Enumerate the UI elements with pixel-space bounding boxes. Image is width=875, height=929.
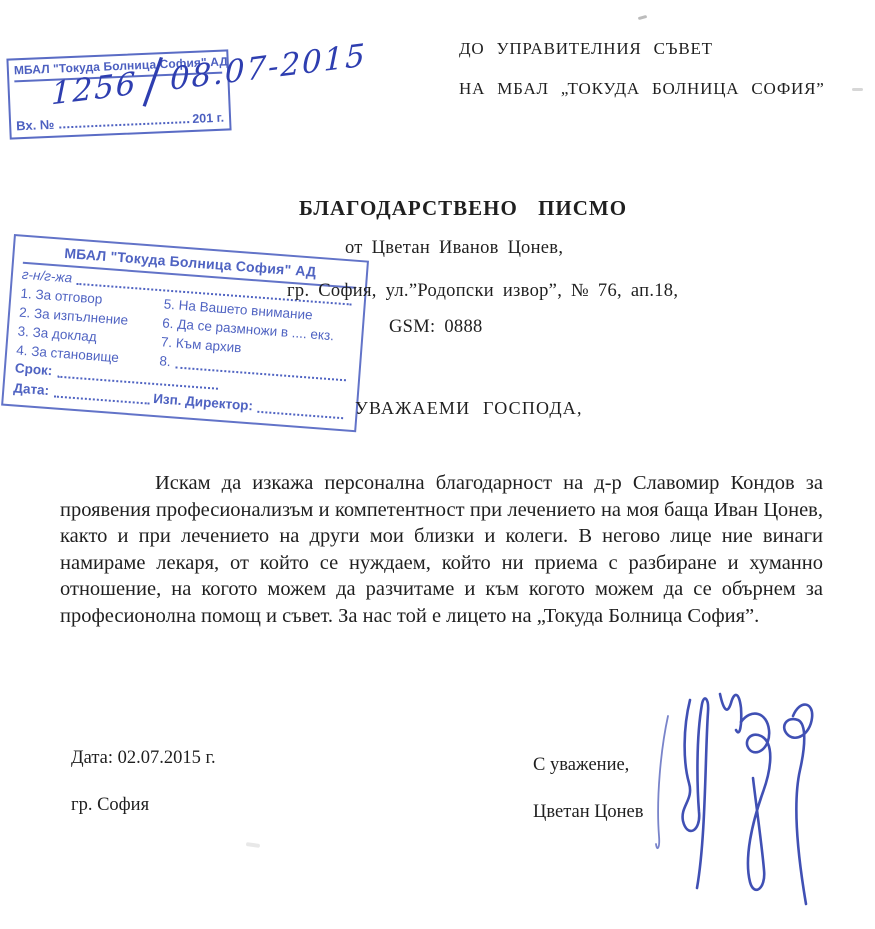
scan-artifact <box>852 88 863 91</box>
handwritten-date: 08.07-2015 <box>170 37 367 97</box>
dotted-line <box>54 395 150 404</box>
sender-gsm-line: GSM: 0888 <box>389 317 483 338</box>
entry-number-label: Вх. № <box>16 117 55 134</box>
handwritten-signature-icon <box>628 686 828 916</box>
entry-stamp-number-row: Вх. № 201 г. <box>16 110 224 134</box>
recipient-line-1: ДО УПРАВИТЕЛНИЯ СЪВЕТ <box>459 39 713 59</box>
stamp-date-label: Дата: <box>13 379 50 400</box>
letter-city: гр. София <box>71 795 149 816</box>
deadline-label: Срок: <box>14 359 53 380</box>
resolution-item-label: 8. <box>159 352 172 371</box>
closing-line: С уважение, <box>533 755 629 776</box>
scan-artifact <box>638 15 647 20</box>
addressee-label: г-н/г-жа <box>21 266 73 288</box>
sender-address-line: гр. София, ул.”Родопски извор”, № 76, ап… <box>287 281 678 302</box>
letter-page: МБАЛ "Токуда Болница София" АД Вх. № 201… <box>0 0 875 929</box>
signatory-name: Цветан Цонев <box>533 802 643 823</box>
stamp-director-cell: Изп. Директор: <box>153 390 348 422</box>
salutation: УВАЖАЕМИ ГОСПОДА, <box>355 398 583 419</box>
dotted-line <box>59 121 189 128</box>
recipient-line-2: НА МБАЛ „ТОКУДА БОЛНИЦА СОФИЯ” <box>459 79 825 99</box>
letter-body: Искам да изкажа персонална благодарност … <box>60 470 823 629</box>
letter-date: Дата: 02.07.2015 г. <box>71 748 216 769</box>
dotted-line <box>257 411 343 419</box>
director-label: Изп. Директор: <box>153 390 254 415</box>
resolution-stamp: МБАЛ "Токуда Болница София" АД г-н/г-жа … <box>1 234 369 432</box>
sender-from-line: от Цветан Иванов Цонев, <box>345 238 563 259</box>
scan-artifact <box>246 842 260 848</box>
document-title: БЛАГОДАРСТВЕНО ПИСМО <box>299 196 627 221</box>
entry-year-suffix: 201 г. <box>192 111 224 126</box>
